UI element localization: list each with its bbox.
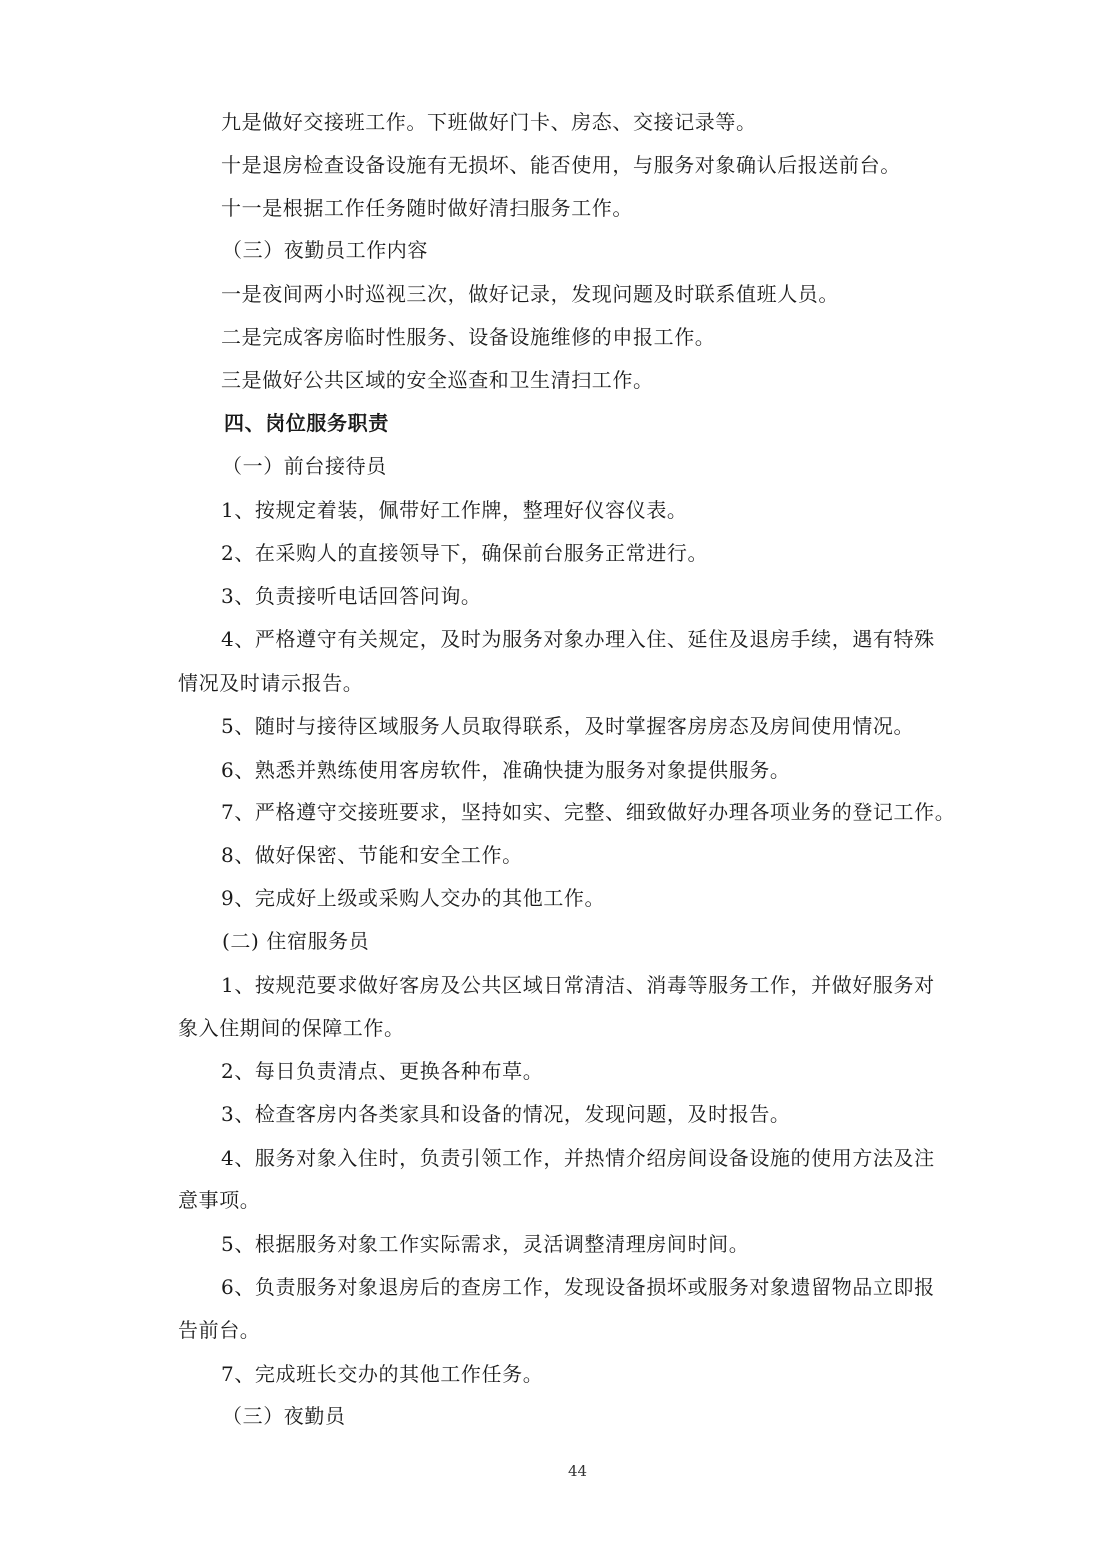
paragraph-line: 1、按规定着装，佩带好工作牌，整理好仪容仪表。 [221, 496, 688, 524]
paragraph-line: 7、完成班长交办的其他工作任务。 [221, 1360, 543, 1388]
paragraph-line: 三是做好公共区域的安全巡查和卫生清扫工作。 [221, 366, 654, 394]
section-subheading: （一）前台接待员 [222, 452, 387, 480]
paragraph-line: 5、根据服务对象工作实际需求，灵活调整清理房间时间。 [221, 1230, 749, 1258]
paragraph-line: 一是夜间两小时巡视三次，做好记录，发现问题及时联系值班人员。 [221, 280, 839, 308]
paragraph-line: 九是做好交接班工作。下班做好门卡、房态、交接记录等。 [221, 108, 757, 136]
paragraph-line: 4、严格遵守有关规定，及时为服务对象办理入住、延住及退房手续，遇有特殊 [221, 625, 935, 653]
paragraph-line: 十一是根据工作任务随时做好清扫服务工作。 [221, 194, 633, 222]
section-subheading: （三）夜勤员工作内容 [222, 236, 428, 264]
paragraph-line: 8、做好保密、节能和安全工作。 [221, 841, 523, 869]
document-page: 九是做好交接班工作。下班做好门卡、房态、交接记录等。 十是退房检查设备设施有无损… [0, 0, 1103, 1559]
paragraph-line: 二是完成客房临时性服务、设备设施维修的申报工作。 [221, 323, 715, 351]
paragraph-line: 7、严格遵守交接班要求，坚持如实、完整、细致做好办理各项业务的登记工作。 [221, 798, 955, 826]
paragraph-line: 4、服务对象入住时，负责引领工作，并热情介绍房间设备设施的使用方法及注 [221, 1144, 935, 1172]
paragraph-line: 6、熟悉并熟练使用客房软件，准确快捷为服务对象提供服务。 [221, 756, 791, 784]
section-heading: 四、岗位服务职责 [224, 409, 389, 437]
section-subheading: (二) 住宿服务员 [222, 927, 369, 955]
paragraph-continuation: 告前台。 [178, 1316, 260, 1344]
paragraph-line: 1、按规范要求做好客房及公共区域日常清洁、消毒等服务工作，并做好服务对 [221, 971, 935, 999]
paragraph-line: 3、检查客房内各类家具和设备的情况，发现问题，及时报告。 [221, 1100, 791, 1128]
paragraph-line: 5、随时与接待区域服务人员取得联系，及时掌握客房房态及房间使用情况。 [221, 712, 914, 740]
paragraph-line: 2、每日负责清点、更换各种布草。 [221, 1057, 543, 1085]
paragraph-line: 十是退房检查设备设施有无损坏、能否使用，与服务对象确认后报送前台。 [221, 151, 901, 179]
paragraph-line: 9、完成好上级或采购人交办的其他工作。 [221, 884, 605, 912]
page-number: 44 [0, 1462, 1103, 1480]
paragraph-line: 3、负责接听电话回答问询。 [221, 582, 482, 610]
section-subheading: （三）夜勤员 [222, 1402, 346, 1430]
paragraph-line: 2、在采购人的直接领导下，确保前台服务正常进行。 [221, 539, 708, 567]
paragraph-continuation: 情况及时请示报告。 [178, 669, 363, 697]
paragraph-continuation: 象入住期间的保障工作。 [178, 1014, 405, 1042]
paragraph-continuation: 意事项。 [178, 1186, 260, 1214]
paragraph-line: 6、负责服务对象退房后的查房工作，发现设备损坏或服务对象遗留物品立即报 [221, 1273, 935, 1301]
